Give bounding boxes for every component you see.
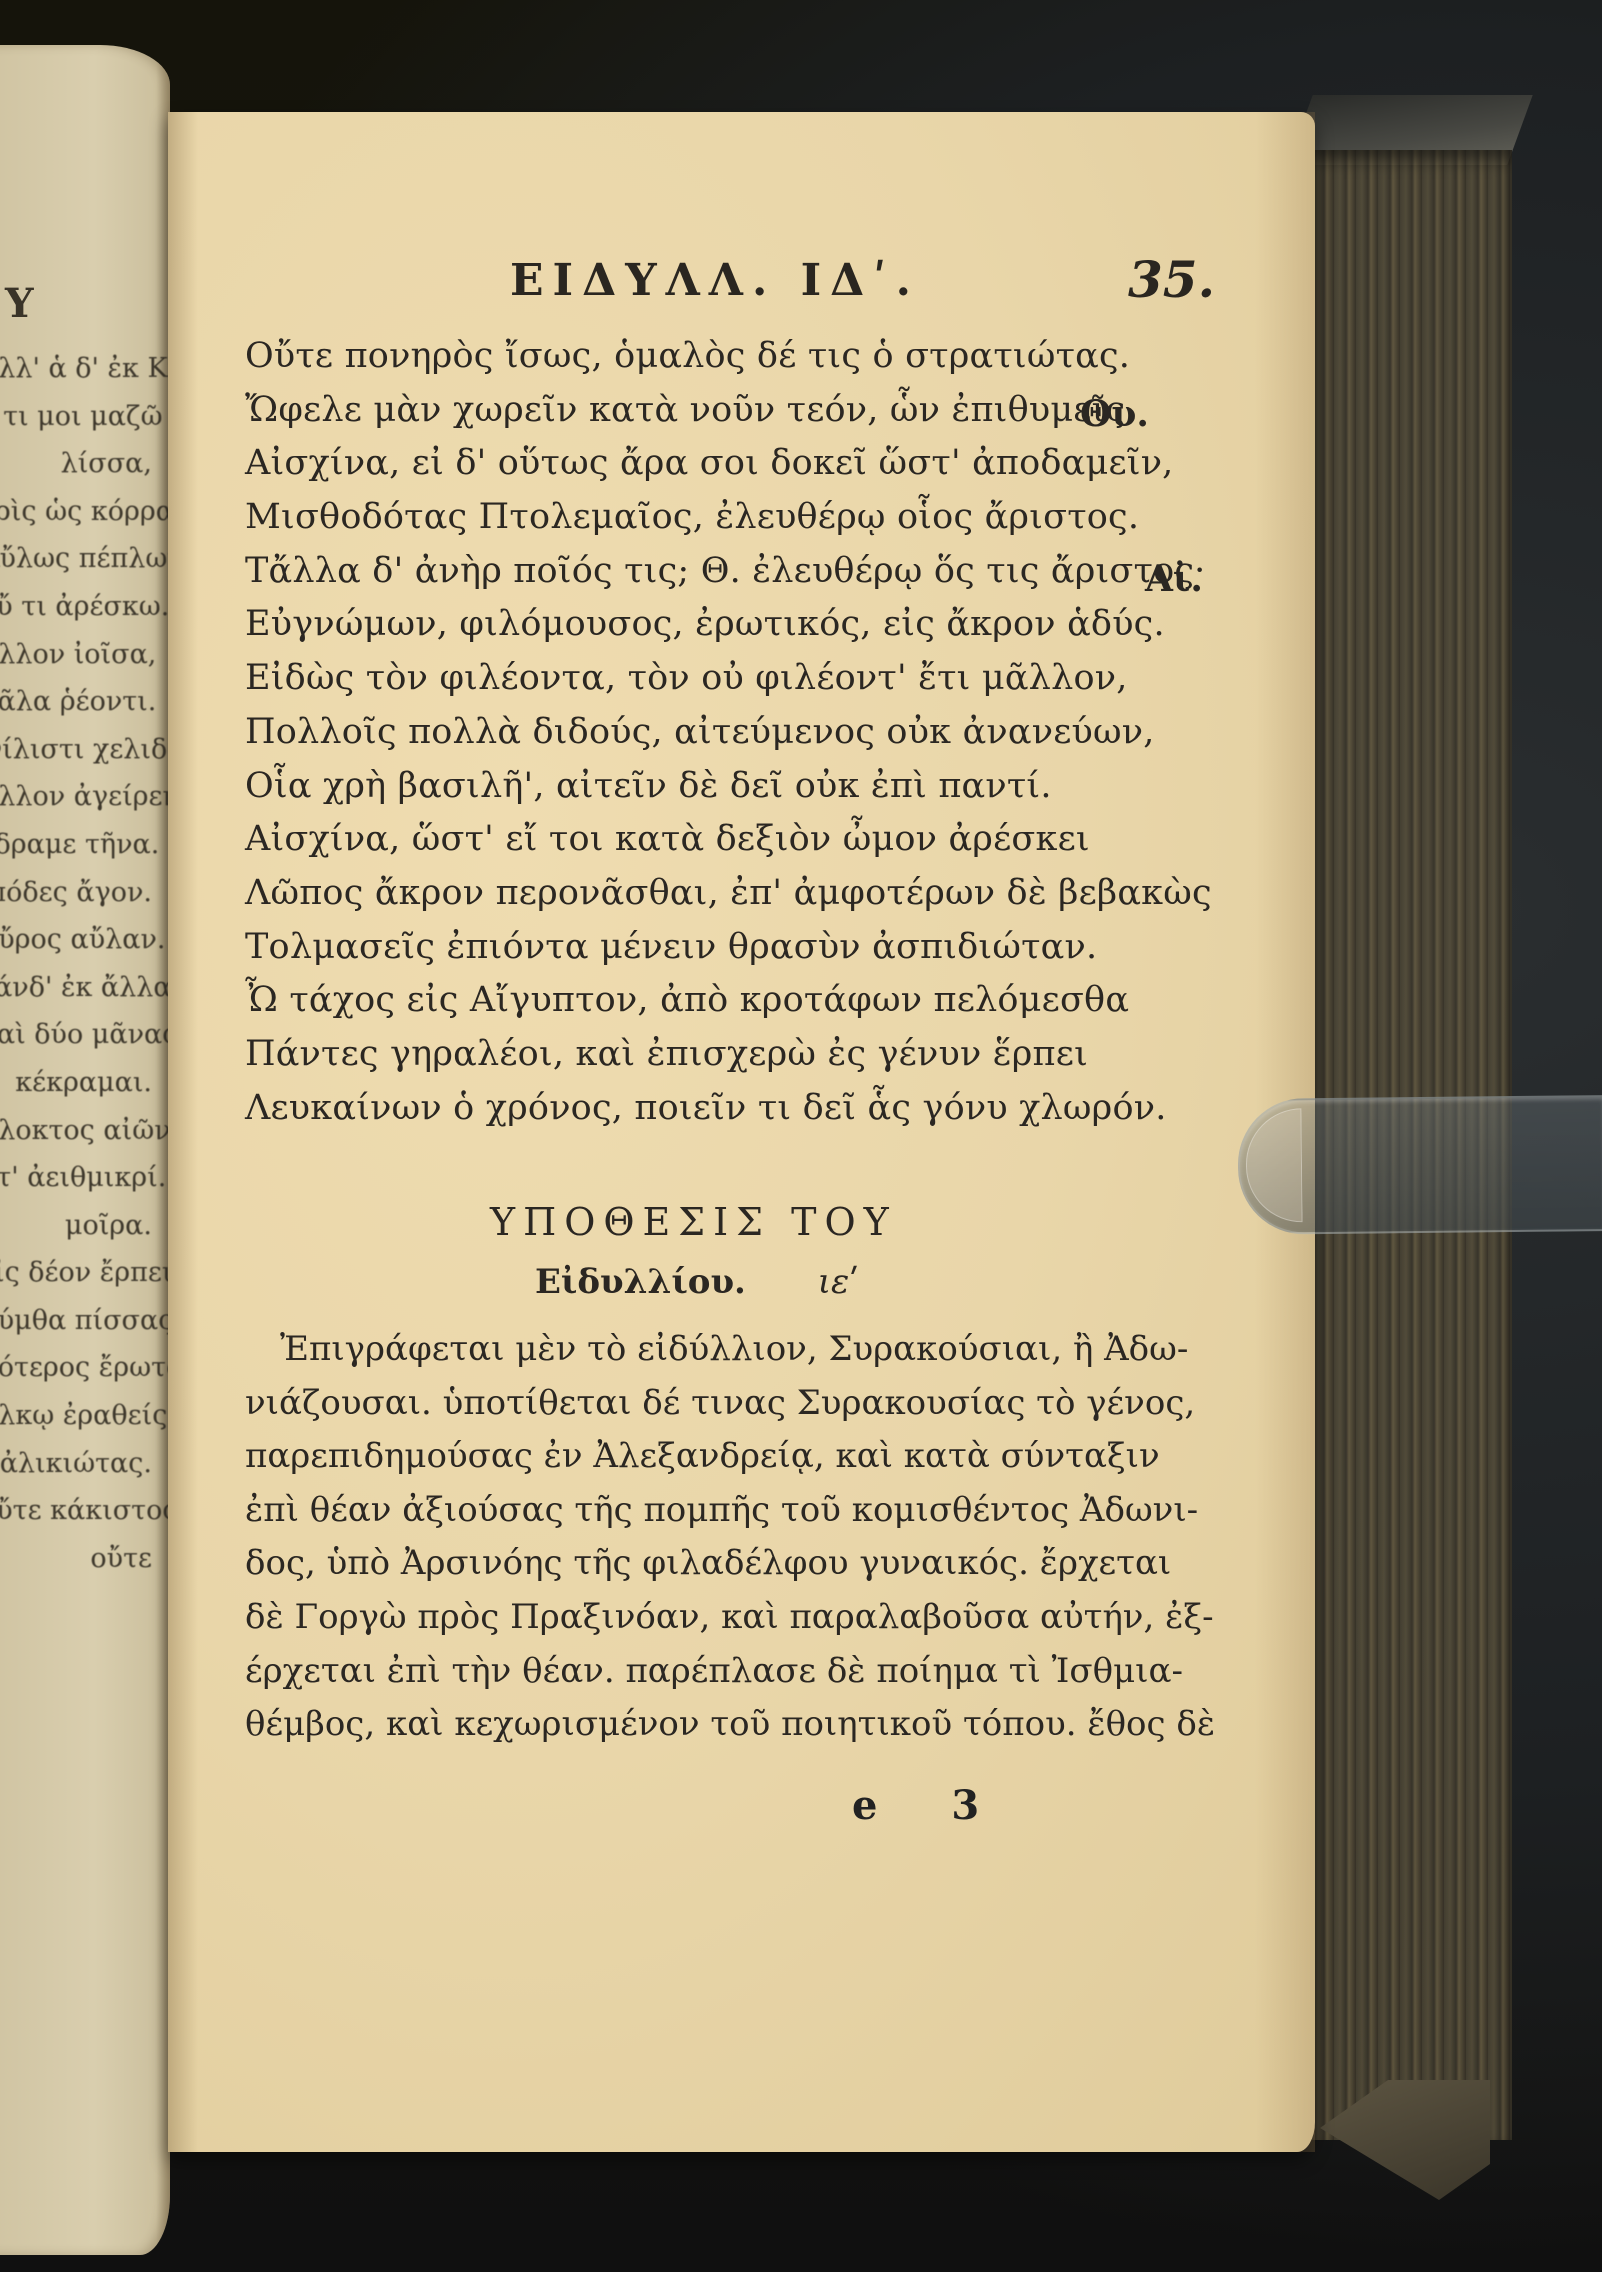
verse-line: Ὦ τάχος εἰς Αἴγυπτον, ἀπὸ κροτάφων πελόμ… <box>245 974 1125 1028</box>
left-running-head-fragment: Υ <box>5 280 34 327</box>
section-subtitle-text: Εἰδυλλίου. <box>535 1262 746 1302</box>
signature-mark: e 3 <box>852 1782 979 1829</box>
verse-line: Οἷα χρὴ βασιλῆ', αἰτεῖν δὲ δεῖ οὐκ ἐπὶ π… <box>245 760 1125 814</box>
verse-line: Μισθοδότας Πτολεμαῖος, ἐλευθέρῳ οἷος ἄρι… <box>245 491 1125 545</box>
left-line: καὶ δύο μᾶνας. <box>0 1011 170 1059</box>
section-title: ΥΠΟΘΕΣΙΣ ΤΟΥ <box>490 1200 990 1244</box>
page-clip <box>1237 1095 1602 1235</box>
left-line: οὔ τι ἀρέσκω. <box>0 583 170 631</box>
left-line: πόδες ἄγον. <box>0 869 170 917</box>
section-subtitle: Εἰδυλλίου. ιεʹ <box>535 1262 859 1302</box>
verse-line: Τολμασεῖς ἐπιόντα μένειν θρασὺν ἀσπιδιώτ… <box>245 921 1125 975</box>
verse-line: Λῶπος ἄκρον περονᾶσθαι, ἐπ' ἀμφοτέρων δὲ… <box>245 867 1125 921</box>
page-number: 35. <box>1128 250 1215 309</box>
prose-line: παρεπιδημούσας ἐν Ἀλεξανδρείᾳ, καὶ κατὰ … <box>245 1430 1125 1484</box>
left-line: οὔτε <box>0 1535 170 1583</box>
page-clip-tip <box>1245 1108 1302 1223</box>
left-line: ἔ τι μοι μαζῶ <box>0 393 170 441</box>
verse-line: Τἄλλα δ' ἀνὴρ ποῖός τις; Θ. ἐλευθέρῳ ὅς … <box>245 545 1125 599</box>
left-page-text: ἀλλ' ἁ δ' ἐκ Κυνίσκας ἔ τι μοι μαζῶ λίσσ… <box>0 345 170 1582</box>
prose-line: δὲ Γοργὼ πρὸς Πραξινόαν, καὶ παραλαβοῦσα… <box>245 1591 1125 1645</box>
verse-line: Οὔτε πονηρὸς ἴσως, ὁμαλὸς δέ τις ὁ στρατ… <box>245 330 1125 384</box>
left-line: ἄλλον ἀγείρεν. <box>0 773 170 821</box>
left-line: πότερος ἔρωτος <box>0 1344 170 1392</box>
left-line: ἄλοκτος αἰῶνται. <box>0 1107 170 1155</box>
left-line: Αὔλως πέπλων <box>0 535 170 583</box>
speaker-label-aeschinas: Αἰ. <box>1145 558 1203 600</box>
left-line: εἰς δέον ἔρπει. <box>0 1249 170 1297</box>
verse-line: Πολλοῖς πολλὰ διδούς, αἰτεύμενος οὐκ ἀνα… <box>245 706 1125 760</box>
verse-line: Αἰσχίνα, εἰ δ' οὕτως ἄρα σοι δοκεῖ ὥστ' … <box>245 437 1125 491</box>
verse-line: Λευκαίνων ὁ χρόνος, ποιεῖν τι δεῖ ἇς γόν… <box>245 1082 1125 1136</box>
left-line: ἀλλ' ἁ δ' ἐκ Κυνίσκας <box>0 345 170 393</box>
left-page: Υ ἀλλ' ἁ δ' ἐκ Κυνίσκας ἔ τι μοι μαζῶ λί… <box>0 45 170 2255</box>
verse-line: Αἰσχίνα, ὥστ' εἴ τοι κατὰ δεξιὸν ὦμον ἀρ… <box>245 813 1125 867</box>
prose-line: νιάζουσαι. ὑποτίθεται δέ τινας Συρακουσί… <box>245 1377 1125 1431</box>
left-line: ἔδραμε τῆνα. <box>0 821 170 869</box>
left-line: πύμθα πίσσας <box>0 1297 170 1345</box>
left-line: κέκραμαι. <box>0 1059 170 1107</box>
verse-line: Εὐγνώμων, φιλόμουσος, ἐρωτικός, εἰς ἄκρο… <box>245 598 1125 652</box>
left-line: ὅτ' ἀειθμικρί. <box>0 1154 170 1202</box>
speaker-label-theonichus: Θυ. <box>1080 393 1149 435</box>
prose-line: δος, ὑπὸ Ἀρσινόης τῆς φιλαδέλφου γυναικό… <box>245 1537 1125 1591</box>
left-line: αὔρος αὔλαν. <box>0 916 170 964</box>
running-head: ΕΙΔΥΛΛ. ΙΔʹ. <box>510 255 1030 306</box>
signature-letter: e <box>852 1782 877 1829</box>
idyll-number: ιεʹ <box>818 1262 859 1302</box>
left-line: οὔτε κάκιστος, <box>0 1487 170 1535</box>
signature-number: 3 <box>951 1782 979 1829</box>
verse-line: Πάντες γηραλέοι, καὶ ἐπισχερὼ ἐς γένυν ἕ… <box>245 1028 1125 1082</box>
gutter-shadow <box>168 112 198 2152</box>
left-line: Ἰάνδ' ἐκ ἄλλαι <box>0 964 170 1012</box>
left-line: λίσσα, <box>0 440 170 488</box>
verse-line: Εἰδὼς τὸν φιλέοντα, τὸν οὐ φιλέοντ' ἔτι … <box>245 652 1125 706</box>
left-line: Φίλιστι χελιδὼν <box>0 726 170 774</box>
hypothesis-text: Ἐπιγράφεται μὲν τὸ εἰδύλλιον, Συρακούσια… <box>245 1323 1125 1752</box>
prose-line: Ἐπιγράφεται μὲν τὸ εἰδύλλιον, Συρακούσια… <box>245 1323 1125 1377</box>
prose-line: έρχεται ἐπὶ τὴν θέαν. παρέπλασε δὲ ποίημ… <box>245 1645 1125 1699</box>
verse-text: Οὔτε πονηρὸς ἴσως, ὁμαλὸς δέ τις ὁ στρατ… <box>245 330 1125 1135</box>
left-line: ἀλικιώτας. <box>0 1440 170 1488</box>
left-line: ἄλλον ἰοῖσα, <box>0 631 170 679</box>
verse-line: Ὤφελε μὰν χωρεῖν κατὰ νοῦν τεόν, ὧν ἐπιθ… <box>245 384 1125 438</box>
prose-line: ἐπὶ θέαν ἀξιούσας τῆς πομπῆς τοῦ κομισθέ… <box>245 1484 1125 1538</box>
left-line: ἄλκῳ ἐραθείς, <box>0 1392 170 1440</box>
left-line: μοῖρα. <box>0 1202 170 1250</box>
left-line: μᾶλα ῥέοντι. <box>0 678 170 726</box>
prose-line: θέμβος, καὶ κεχωρισμένον τοῦ ποιητικοῦ τ… <box>245 1698 1125 1752</box>
left-line: τρὶς ὡς κόρρας <box>0 488 170 536</box>
